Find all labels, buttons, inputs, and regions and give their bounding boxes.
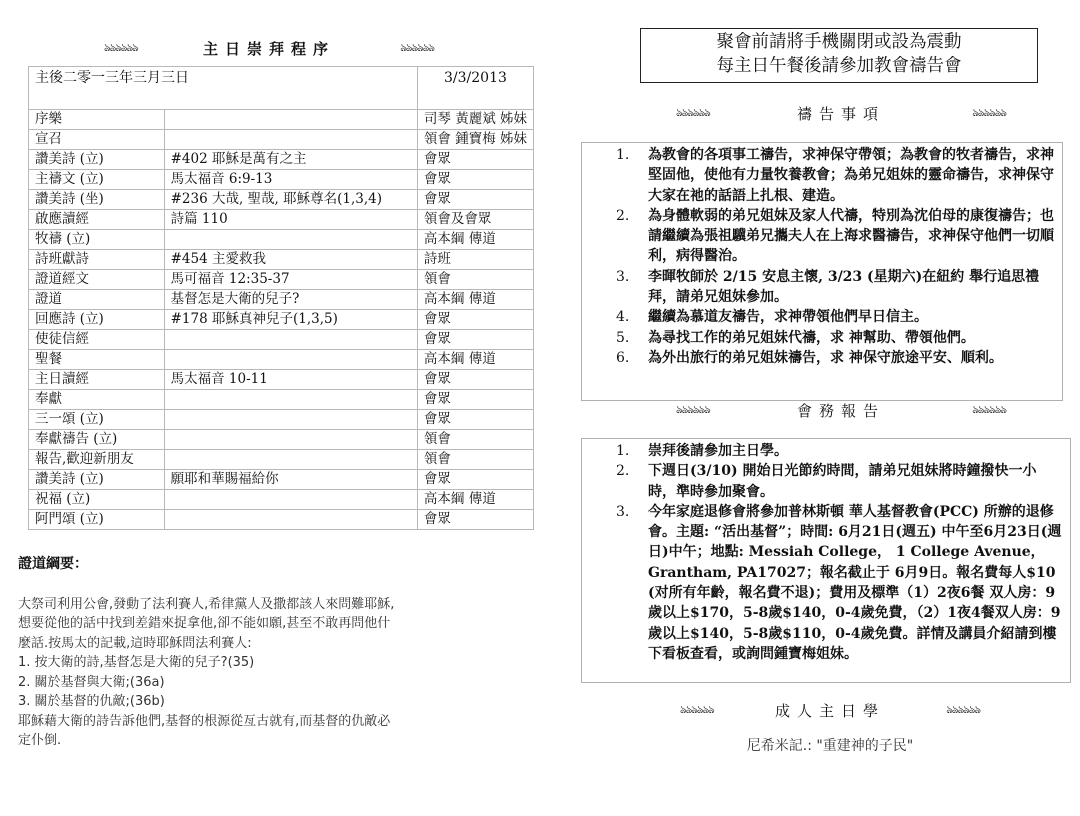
list-text: 今年家庭退修會將參加普林斯頓 華人基督教會(PCC) 所辦的退修會。主題: “活… — [648, 504, 1061, 662]
order-item: 讚美詩 (立) — [29, 470, 165, 490]
table-row: 阿門頌 (立)會眾 — [29, 510, 534, 530]
order-content: #402 耶穌是萬有之主 — [164, 150, 417, 170]
order-content: 馬可福音 12:35-37 — [164, 270, 417, 290]
list-number: 5. — [616, 328, 629, 348]
order-leader: 高本綱 傳道 — [417, 350, 533, 370]
list-number: 3. — [616, 267, 629, 287]
order-content — [164, 110, 417, 130]
table-row: 宣召領會 鍾寶梅 姊妹 — [29, 130, 534, 150]
order-leader: 會眾 — [417, 190, 533, 210]
table-row: 奉獻會眾 — [29, 390, 534, 410]
order-leader: 領會 — [417, 450, 533, 470]
date-row: 主後二零一三年三月三日 3/3/2013 — [29, 67, 534, 110]
order-content — [164, 330, 417, 350]
order-leader: 會眾 — [417, 510, 533, 530]
order-item: 牧禱 (立) — [29, 230, 165, 250]
ornament-icon: ঌঌঌঌঌঌ — [400, 39, 434, 58]
announcements-title: 會務報告 — [797, 400, 885, 421]
order-leader: 會眾 — [417, 370, 533, 390]
table-row: 牧禱 (立)高本綱 傳道 — [29, 230, 534, 250]
outline-line: 定仆倒. — [18, 731, 518, 751]
order-item: 主禱文 (立) — [29, 170, 165, 190]
list-number: 1. — [616, 441, 629, 461]
announcements-box: 1.崇拜後請參加主日學。2.下週日(3/10) 開始日光節約時間，請弟兄姐妹將時… — [581, 438, 1071, 683]
order-item: 主日讀經 — [29, 370, 165, 390]
order-content: #178 耶穌真神兒子(1,3,5) — [164, 310, 417, 330]
order-item: 啟應讀經 — [29, 210, 165, 230]
list-text: 李暉牧師於 2/15 安息主懷, 3/23 (星期六)在紐約 舉行追思禮拜，請弟… — [648, 269, 1039, 305]
table-row: 詩班獻詩#454 主愛救我詩班 — [29, 250, 534, 270]
list-text: 下週日(3/10) 開始日光節約時間，請弟兄姐妹將時鐘撥快一小時，準時參加聚會。 — [648, 463, 1036, 499]
ornament-icon: ঌঌঌঌঌঌ — [104, 39, 138, 58]
list-item: 3.李暉牧師於 2/15 安息主懷, 3/23 (星期六)在紐約 舉行追思禮拜，… — [608, 267, 1054, 308]
order-leader: 高本綱 傳道 — [417, 490, 533, 510]
order-content — [164, 490, 417, 510]
order-content: 基督怎是大衛的兒子? — [164, 290, 417, 310]
order-content — [164, 350, 417, 370]
order-leader: 高本綱 傳道 — [417, 230, 533, 250]
notice-line: 聚會前請將手機關閉或設為震動 — [641, 30, 1037, 54]
order-leader: 會眾 — [417, 310, 533, 330]
sermon-outline-body: 大祭司利用公會,發動了法利賽人,希律黨人及撒都該人來問難耶穌,想要從他的話中找到… — [18, 595, 518, 751]
ornament-icon: ঌঌঌঌঌঌ — [946, 701, 980, 720]
date-chinese: 主後二零一三年三月三日 — [29, 67, 418, 110]
list-number: 3. — [616, 502, 629, 522]
order-leader: 領會及會眾 — [417, 210, 533, 230]
list-item: 2.為身體軟弱的弟兄姐妹及家人代禱，特別為沈伯母的康復禱告；也請繼續為張祖驥弟兄… — [608, 206, 1054, 267]
order-content: 馬太福音 6:9-13 — [164, 170, 417, 190]
table-row: 使徒信經會眾 — [29, 330, 534, 350]
list-number: 2. — [616, 206, 629, 226]
list-number: 2. — [616, 461, 629, 481]
order-content: #236 大哉, 聖哉, 耶穌尊名(1,3,4) — [164, 190, 417, 210]
table-row: 讚美詩 (立)#402 耶穌是萬有之主會眾 — [29, 150, 534, 170]
table-row: 啟應讀經詩篇 110領會及會眾 — [29, 210, 534, 230]
announcements-list: 1.崇拜後請參加主日學。2.下週日(3/10) 開始日光節約時間，請弟兄姐妹將時… — [608, 441, 1062, 664]
prayer-heading: ঌঌঌঌঌঌ 禱告事項 ঌঌঌঌঌঌ — [676, 103, 1006, 124]
order-leader: 領會 — [417, 430, 533, 450]
ornament-icon: ঌঌঌঌঌঌ — [676, 104, 710, 123]
order-item: 詩班獻詩 — [29, 250, 165, 270]
order-content: 詩篇 110 — [164, 210, 417, 230]
list-item: 4.繼續為慕道友禱告，求神帶領他們早日信主。 — [608, 307, 1054, 327]
order-item: 奉獻 — [29, 390, 165, 410]
order-content — [164, 450, 417, 470]
order-leader: 會眾 — [417, 330, 533, 350]
worship-heading: ঌঌঌঌঌঌ 主日崇拜程序 ঌঌঌঌঌঌ — [104, 38, 434, 59]
ornament-icon: ঌঌঌঌঌঌ — [680, 701, 714, 720]
outline-line: 耶穌藉大衛的詩告訴他們,基督的根源從亙古就有,而基督的仇敵必 — [18, 712, 518, 732]
worship-title: 主日崇拜程序 — [203, 38, 335, 59]
order-leader: 會眾 — [417, 410, 533, 430]
outline-line: 想要從他的話中找到差錯來捉拿他,卻不能如願,甚至不敢再問他什 — [18, 614, 518, 634]
adult-sunday-school: ঌঌঌঌঌঌ 成人主日學 ঌঌঌঌঌঌ 尼希米記.: "重建神的子民" — [680, 700, 980, 755]
order-item: 祝福 (立) — [29, 490, 165, 510]
prayer-list: 1.為教會的各項事工禱告，求神保守帶領；為教會的牧者禱告，求神堅固他，使他有力量… — [608, 145, 1054, 368]
outline-line: 3. 關於基督的仇敵;(36b) — [18, 692, 518, 712]
order-item: 讚美詩 (立) — [29, 150, 165, 170]
list-number: 6. — [616, 348, 629, 368]
sermon-outline-title: 證道綱要： — [18, 555, 518, 575]
list-item: 2.下週日(3/10) 開始日光節約時間，請弟兄姐妹將時鐘撥快一小時，準時參加聚… — [608, 461, 1062, 502]
list-number: 4. — [616, 307, 629, 327]
table-row: 序樂司琴 黃麗斌 姊妹 — [29, 110, 534, 130]
list-item: 3.今年家庭退修會將參加普林斯頓 華人基督教會(PCC) 所辦的退修會。主題: … — [608, 502, 1062, 664]
sermon-outline: 證道綱要： 大祭司利用公會,發動了法利賽人,希律黨人及撒都該人來問難耶穌,想要從… — [18, 555, 518, 751]
order-content — [164, 510, 417, 530]
order-leader: 高本綱 傳道 — [417, 290, 533, 310]
order-leader: 會眾 — [417, 170, 533, 190]
outline-line: 麼話.按馬太的記載,這時耶穌問法利賽人: — [18, 634, 518, 654]
list-text: 繼續為慕道友禱告，求神帶領他們早日信主。 — [648, 309, 928, 325]
order-item: 三一頌 (立) — [29, 410, 165, 430]
table-row: 證道基督怎是大衛的兒子?高本綱 傳道 — [29, 290, 534, 310]
order-item: 證道經文 — [29, 270, 165, 290]
list-text: 為外出旅行的弟兄姐妹禱告，求 神保守旅途平安、順利。 — [648, 350, 1003, 366]
date-numeric: 3/3/2013 — [417, 67, 533, 110]
ornament-icon: ঌঌঌঌঌঌ — [972, 104, 1006, 123]
list-text: 為身體軟弱的弟兄姐妹及家人代禱，特別為沈伯母的康復禱告；也請繼續為張祖驥弟兄攜夫… — [648, 208, 1054, 265]
notice-line: 每主日午餐後請參加教會禱告會 — [641, 54, 1037, 78]
sunday-school-subtitle: 尼希米記.: "重建神的子民" — [680, 735, 980, 755]
list-number: 1. — [616, 145, 629, 165]
sunday-school-title: 成人主日學 — [775, 700, 885, 721]
table-row: 三一頌 (立)會眾 — [29, 410, 534, 430]
table-row: 證道經文馬可福音 12:35-37領會 — [29, 270, 534, 290]
table-row: 聖餐高本綱 傳道 — [29, 350, 534, 370]
order-item: 阿門頌 (立) — [29, 510, 165, 530]
order-item: 回應詩 (立) — [29, 310, 165, 330]
order-leader: 會眾 — [417, 470, 533, 490]
order-content — [164, 430, 417, 450]
order-item: 報告,歡迎新朋友 — [29, 450, 165, 470]
ornament-icon: ঌঌঌঌঌঌ — [676, 401, 710, 420]
order-item: 奉獻禱告 (立) — [29, 430, 165, 450]
table-row: 報告,歡迎新朋友領會 — [29, 450, 534, 470]
order-leader: 領會 — [417, 270, 533, 290]
announcements-heading: ঌঌঌঌঌঌ 會務報告 ঌঌঌঌঌঌ — [676, 400, 1006, 421]
worship-order-table: 主後二零一三年三月三日 3/3/2013 序樂司琴 黃麗斌 姊妹宣召領會 鍾寶梅… — [28, 66, 534, 530]
ornament-icon: ঌঌঌঌঌঌ — [972, 401, 1006, 420]
outline-line: 1. 按大衛的詩,基督怎是大衛的兒子?(35) — [18, 653, 518, 673]
order-item: 使徒信經 — [29, 330, 165, 350]
order-content: #454 主愛救我 — [164, 250, 417, 270]
list-item: 5.為尋找工作的弟兄姐妹代禱，求 神幫助、帶領他們。 — [608, 328, 1054, 348]
order-content — [164, 230, 417, 250]
list-item: 1.為教會的各項事工禱告，求神保守帶領；為教會的牧者禱告，求神堅固他，使他有力量… — [608, 145, 1054, 206]
order-leader: 詩班 — [417, 250, 533, 270]
outline-line: 大祭司利用公會,發動了法利賽人,希律黨人及撒都該人來問難耶穌, — [18, 595, 518, 615]
sunday-school-heading: ঌঌঌঌঌঌ 成人主日學 ঌঌঌঌঌঌ — [680, 700, 980, 721]
order-leader: 會眾 — [417, 390, 533, 410]
order-item: 證道 — [29, 290, 165, 310]
list-item: 1.崇拜後請參加主日學。 — [608, 441, 1062, 461]
order-item: 讚美詩 (坐) — [29, 190, 165, 210]
order-item: 宣召 — [29, 130, 165, 150]
order-content: 馬太福音 10-11 — [164, 370, 417, 390]
order-item: 序樂 — [29, 110, 165, 130]
table-row: 主日讀經馬太福音 10-11會眾 — [29, 370, 534, 390]
order-leader: 會眾 — [417, 150, 533, 170]
table-row: 祝福 (立)高本綱 傳道 — [29, 490, 534, 510]
table-row: 讚美詩 (坐)#236 大哉, 聖哉, 耶穌尊名(1,3,4)會眾 — [29, 190, 534, 210]
order-content: 願耶和華賜福給你 — [164, 470, 417, 490]
order-leader: 領會 鍾寶梅 姊妹 — [417, 130, 533, 150]
order-content — [164, 410, 417, 430]
list-text: 為尋找工作的弟兄姐妹代禱，求 神幫助、帶領他們。 — [648, 330, 975, 346]
order-item: 聖餐 — [29, 350, 165, 370]
order-content — [164, 130, 417, 150]
outline-line: 2. 關於基督與大衛;(36a) — [18, 673, 518, 693]
table-row: 主禱文 (立)馬太福音 6:9-13會眾 — [29, 170, 534, 190]
order-leader: 司琴 黃麗斌 姊妹 — [417, 110, 533, 130]
table-row: 讚美詩 (立)願耶和華賜福給你會眾 — [29, 470, 534, 490]
list-text: 為教會的各項事工禱告，求神保守帶領；為教會的牧者禱告，求神堅固他，使他有力量牧養… — [648, 147, 1054, 204]
list-text: 崇拜後請參加主日學。 — [648, 443, 788, 459]
prayer-box: 1.為教會的各項事工禱告，求神保守帶領；為教會的牧者禱告，求神堅固他，使他有力量… — [581, 142, 1063, 401]
order-content — [164, 390, 417, 410]
table-row: 奉獻禱告 (立)領會 — [29, 430, 534, 450]
table-row: 回應詩 (立)#178 耶穌真神兒子(1,3,5)會眾 — [29, 310, 534, 330]
prayer-title: 禱告事項 — [797, 103, 885, 124]
list-item: 6.為外出旅行的弟兄姐妹禱告，求 神保守旅途平安、順利。 — [608, 348, 1054, 368]
notice-box: 聚會前請將手機關閉或設為震動 每主日午餐後請參加教會禱告會 — [640, 28, 1038, 83]
